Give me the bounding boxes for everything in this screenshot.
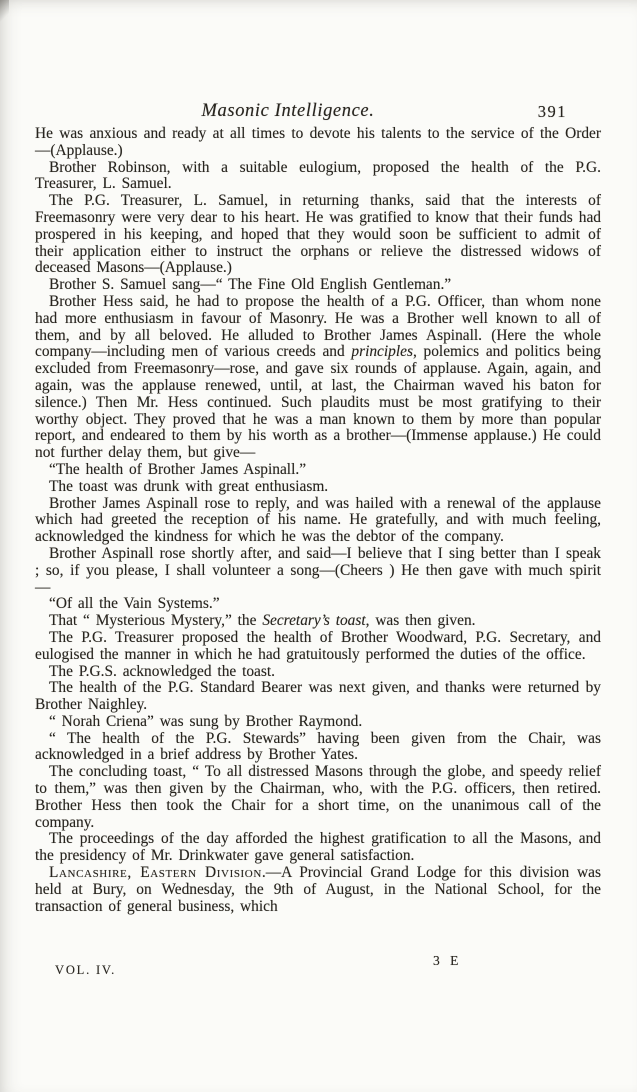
paragraph: The P.G.S. acknowledged the toast. [35, 664, 601, 681]
text-run: The toast was drunk with great enthusias… [49, 478, 328, 495]
text-run: He was anxious and ready at all times to… [35, 125, 601, 159]
paragraph: Brother Robinson, with a suitable eulogi… [35, 160, 601, 194]
text-run: That “ Mysterious Mystery,” the [49, 612, 262, 629]
text-run: “ Norah Criena” was sung by Brother Raym… [49, 713, 362, 730]
text-run: The P.G.S. acknowledged the toast. [49, 663, 275, 680]
text-run: Brother S. Samuel sang—“ The Fine Old En… [49, 276, 451, 293]
paragraph: “The health of Brother James Aspinall.” [35, 462, 601, 479]
paragraph: The P.G. Treasurer, L. Samuel, in return… [35, 193, 601, 277]
text-run: The proceedings of the day afforded the … [35, 830, 601, 864]
paragraph: “ The health of the P.G. Stewards” havin… [35, 731, 601, 765]
paragraph: Brother Aspinall rose shortly after, and… [35, 546, 601, 596]
printer-signature-mark: 3 E [433, 953, 458, 969]
paragraph: “ Norah Criena” was sung by Brother Raym… [35, 714, 601, 731]
paragraph: The proceedings of the day afforded the … [35, 831, 601, 865]
text-run: Brother James Aspinall rose to reply, an… [35, 495, 601, 546]
text-run-italic: principles [351, 343, 413, 360]
running-title: Masonic Intelligence. [202, 101, 375, 121]
text-run: “ The health of the P.G. Stewards” havin… [35, 730, 601, 764]
page-number: 391 [538, 102, 567, 122]
text-run: The P.G. Treasurer, L. Samuel, in return… [35, 192, 601, 276]
paragraph: The concluding toast, “ To all distresse… [35, 764, 601, 831]
scan-edge-artifact [0, 0, 9, 28]
paragraph: The P.G. Treasurer proposed the health o… [35, 630, 601, 664]
text-run: , was then given. [366, 612, 476, 629]
scanned-page: Masonic Intelligence. 391 He was anxious… [0, 0, 637, 1092]
text-run: “Of all the Vain Systems.” [49, 595, 220, 612]
paragraph: That “ Mysterious Mystery,” the Secretar… [35, 613, 601, 630]
text-run: , polemics and politics being excluded f… [35, 343, 601, 461]
page-header: Masonic Intelligence. 391 [35, 101, 601, 125]
text-run: Brother Aspinall rose shortly after, and… [35, 545, 601, 596]
paragraph: “Of all the Vain Systems.” [35, 596, 601, 613]
page-body: He was anxious and ready at all times to… [35, 126, 601, 915]
volume-label: VOL. IV. [55, 963, 116, 978]
paragraph: Brother Hess said, he had to propose the… [35, 294, 601, 462]
paragraph: He was anxious and ready at all times to… [35, 126, 601, 160]
text-run: The health of the P.G. Standard Bearer w… [35, 679, 601, 713]
paragraph: Brother S. Samuel sang—“ The Fine Old En… [35, 277, 601, 294]
text-run-italic: Secretary’s toast [262, 612, 365, 629]
text-run: “The health of Brother James Aspinall.” [49, 461, 306, 478]
text-run: The P.G. Treasurer proposed the health o… [35, 629, 601, 663]
header-titlewrap: Masonic Intelligence. [5, 101, 571, 122]
paragraph: The toast was drunk with great enthusias… [35, 479, 601, 496]
paragraph: The health of the P.G. Standard Bearer w… [35, 680, 601, 714]
paragraph: Brother James Aspinall rose to reply, an… [35, 496, 601, 546]
text-run-smallcaps: Lancashire, Eastern Division [49, 864, 262, 881]
page-footer: VOL. IV. 3 E [35, 950, 601, 980]
text-run: Brother Robinson, with a suitable eulogi… [35, 159, 601, 193]
text-run: The concluding toast, “ To all distresse… [35, 763, 601, 830]
paragraph: Lancashire, Eastern Division.—A Provinci… [35, 865, 601, 915]
